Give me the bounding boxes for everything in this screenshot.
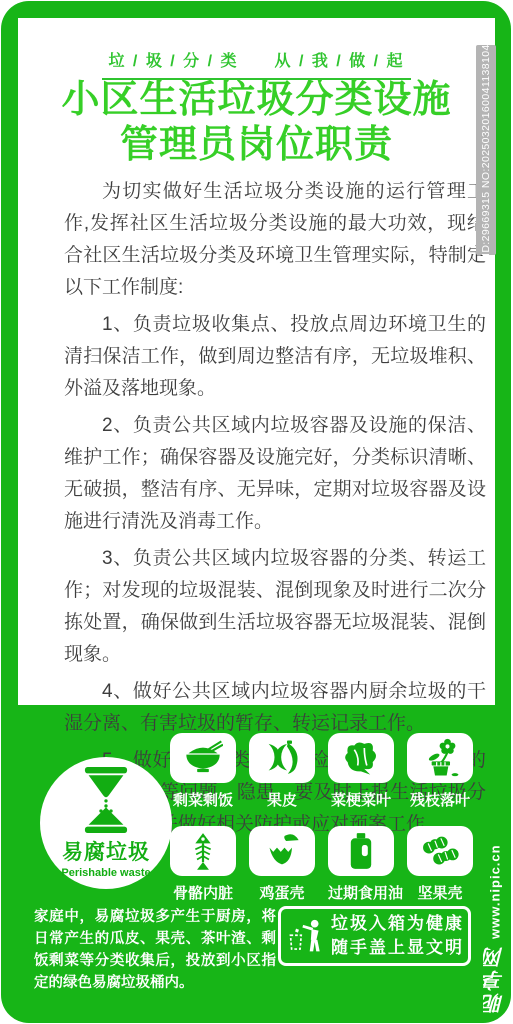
slogan-line2: 随手盖上显文明 <box>331 936 464 960</box>
peanut-icon <box>418 833 462 869</box>
waste-item-nutshell: 坚果壳 <box>407 826 473 903</box>
intro-paragraph: 为切实做好生活垃圾分类设施的运行管理工作,发挥社区生活垃圾分类设施的最大功效，现… <box>64 176 486 304</box>
household-tip-text: 家庭中，易腐垃圾多产生于厨房，将日常产生的瓜皮、果壳、茶叶渣、剩饭剩菜等分类收集… <box>34 906 276 994</box>
page-title: 小区生活垃圾分类设施 管理员岗位职责 <box>18 78 495 168</box>
eggshell-icon <box>262 831 302 871</box>
waste-sorting-poster: 垃 / 圾 / 分 / 类从 / 我 / 做 / 起 小区生活垃圾分类设施 管理… <box>0 0 513 1024</box>
waste-item-fruit-peel: 果皮 <box>249 733 315 810</box>
content-card: 垃 / 圾 / 分 / 类从 / 我 / 做 / 起 小区生活垃圾分类设施 管理… <box>18 18 495 705</box>
waste-item-bones-offal: 骨骼内脏 <box>170 826 236 903</box>
slogan-left: 垃 / 圾 / 分 / 类 <box>108 53 238 70</box>
duty-item-2: 2、负责公共区域内垃圾容器及设施的保洁、维护工作；确保容器及设施完好，分类标识清… <box>64 410 486 538</box>
potted-flower-icon <box>420 738 460 778</box>
waste-item-expired-oil: 过期食用油 <box>328 826 394 903</box>
waste-item-vegetable-leaves: 菜梗菜叶 <box>328 733 394 810</box>
slogan-right: 从 / 我 / 做 / 起 <box>275 53 405 70</box>
badge-subtitle: Perishable waste <box>40 867 172 879</box>
hourglass-icon <box>79 767 133 833</box>
person-litter-bin-icon <box>287 913 327 959</box>
oil-bottle-icon <box>344 831 378 871</box>
waste-item-fallen-branches: 残枝落叶 <box>407 733 473 810</box>
badge-title: 易腐垃圾 <box>40 836 172 866</box>
site-watermark: 昵享网 www.nipic.cn <box>481 752 509 1014</box>
watermark-site-name: 昵享网 <box>480 945 510 1014</box>
waste-examples-grid: 剩菜剩饭 果皮 菜梗菜叶 <box>170 733 473 903</box>
header-slogan: 垃 / 圾 / 分 / 类从 / 我 / 做 / 起 <box>18 48 495 80</box>
waste-item-eggshell: 鸡蛋壳 <box>249 826 315 903</box>
vegetable-leaves-icon <box>341 738 381 778</box>
duty-item-4: 4、做好公共区域内垃圾容器内厨余垃圾的干湿分离、有害垃圾的暂存、转运记录工作。 <box>64 676 486 740</box>
rice-bowl-icon <box>183 738 223 778</box>
fruit-peel-icon <box>262 738 302 778</box>
civility-slogan-box: 垃圾入箱为健康 随手盖上显文明 <box>278 906 471 966</box>
duty-item-1: 1、负责垃圾收集点、投放点周边环境卫生的清扫保洁工作，做到周边整洁有序，无垃圾堆… <box>64 309 486 405</box>
stock-id-strip: ID:29669315 NO:20250320160041138104 <box>476 45 496 255</box>
waste-item-leftover-food: 剩菜剩饭 <box>170 733 236 810</box>
watermark-site-url: www.nipic.cn <box>488 844 503 939</box>
perishable-waste-badge: 易腐垃圾 Perishable waste <box>40 757 172 889</box>
duty-item-3: 3、负责公共区域内垃圾容器的分类、转运工作；对发现的垃圾混装、混倒现象及时进行二… <box>64 543 486 671</box>
slogan-line1: 垃圾入箱为健康 <box>331 912 464 936</box>
title-line1: 小区生活垃圾分类设施 <box>61 79 451 121</box>
title-line2: 管理员岗位职责 <box>120 124 393 166</box>
fishbone-icon <box>186 831 220 871</box>
